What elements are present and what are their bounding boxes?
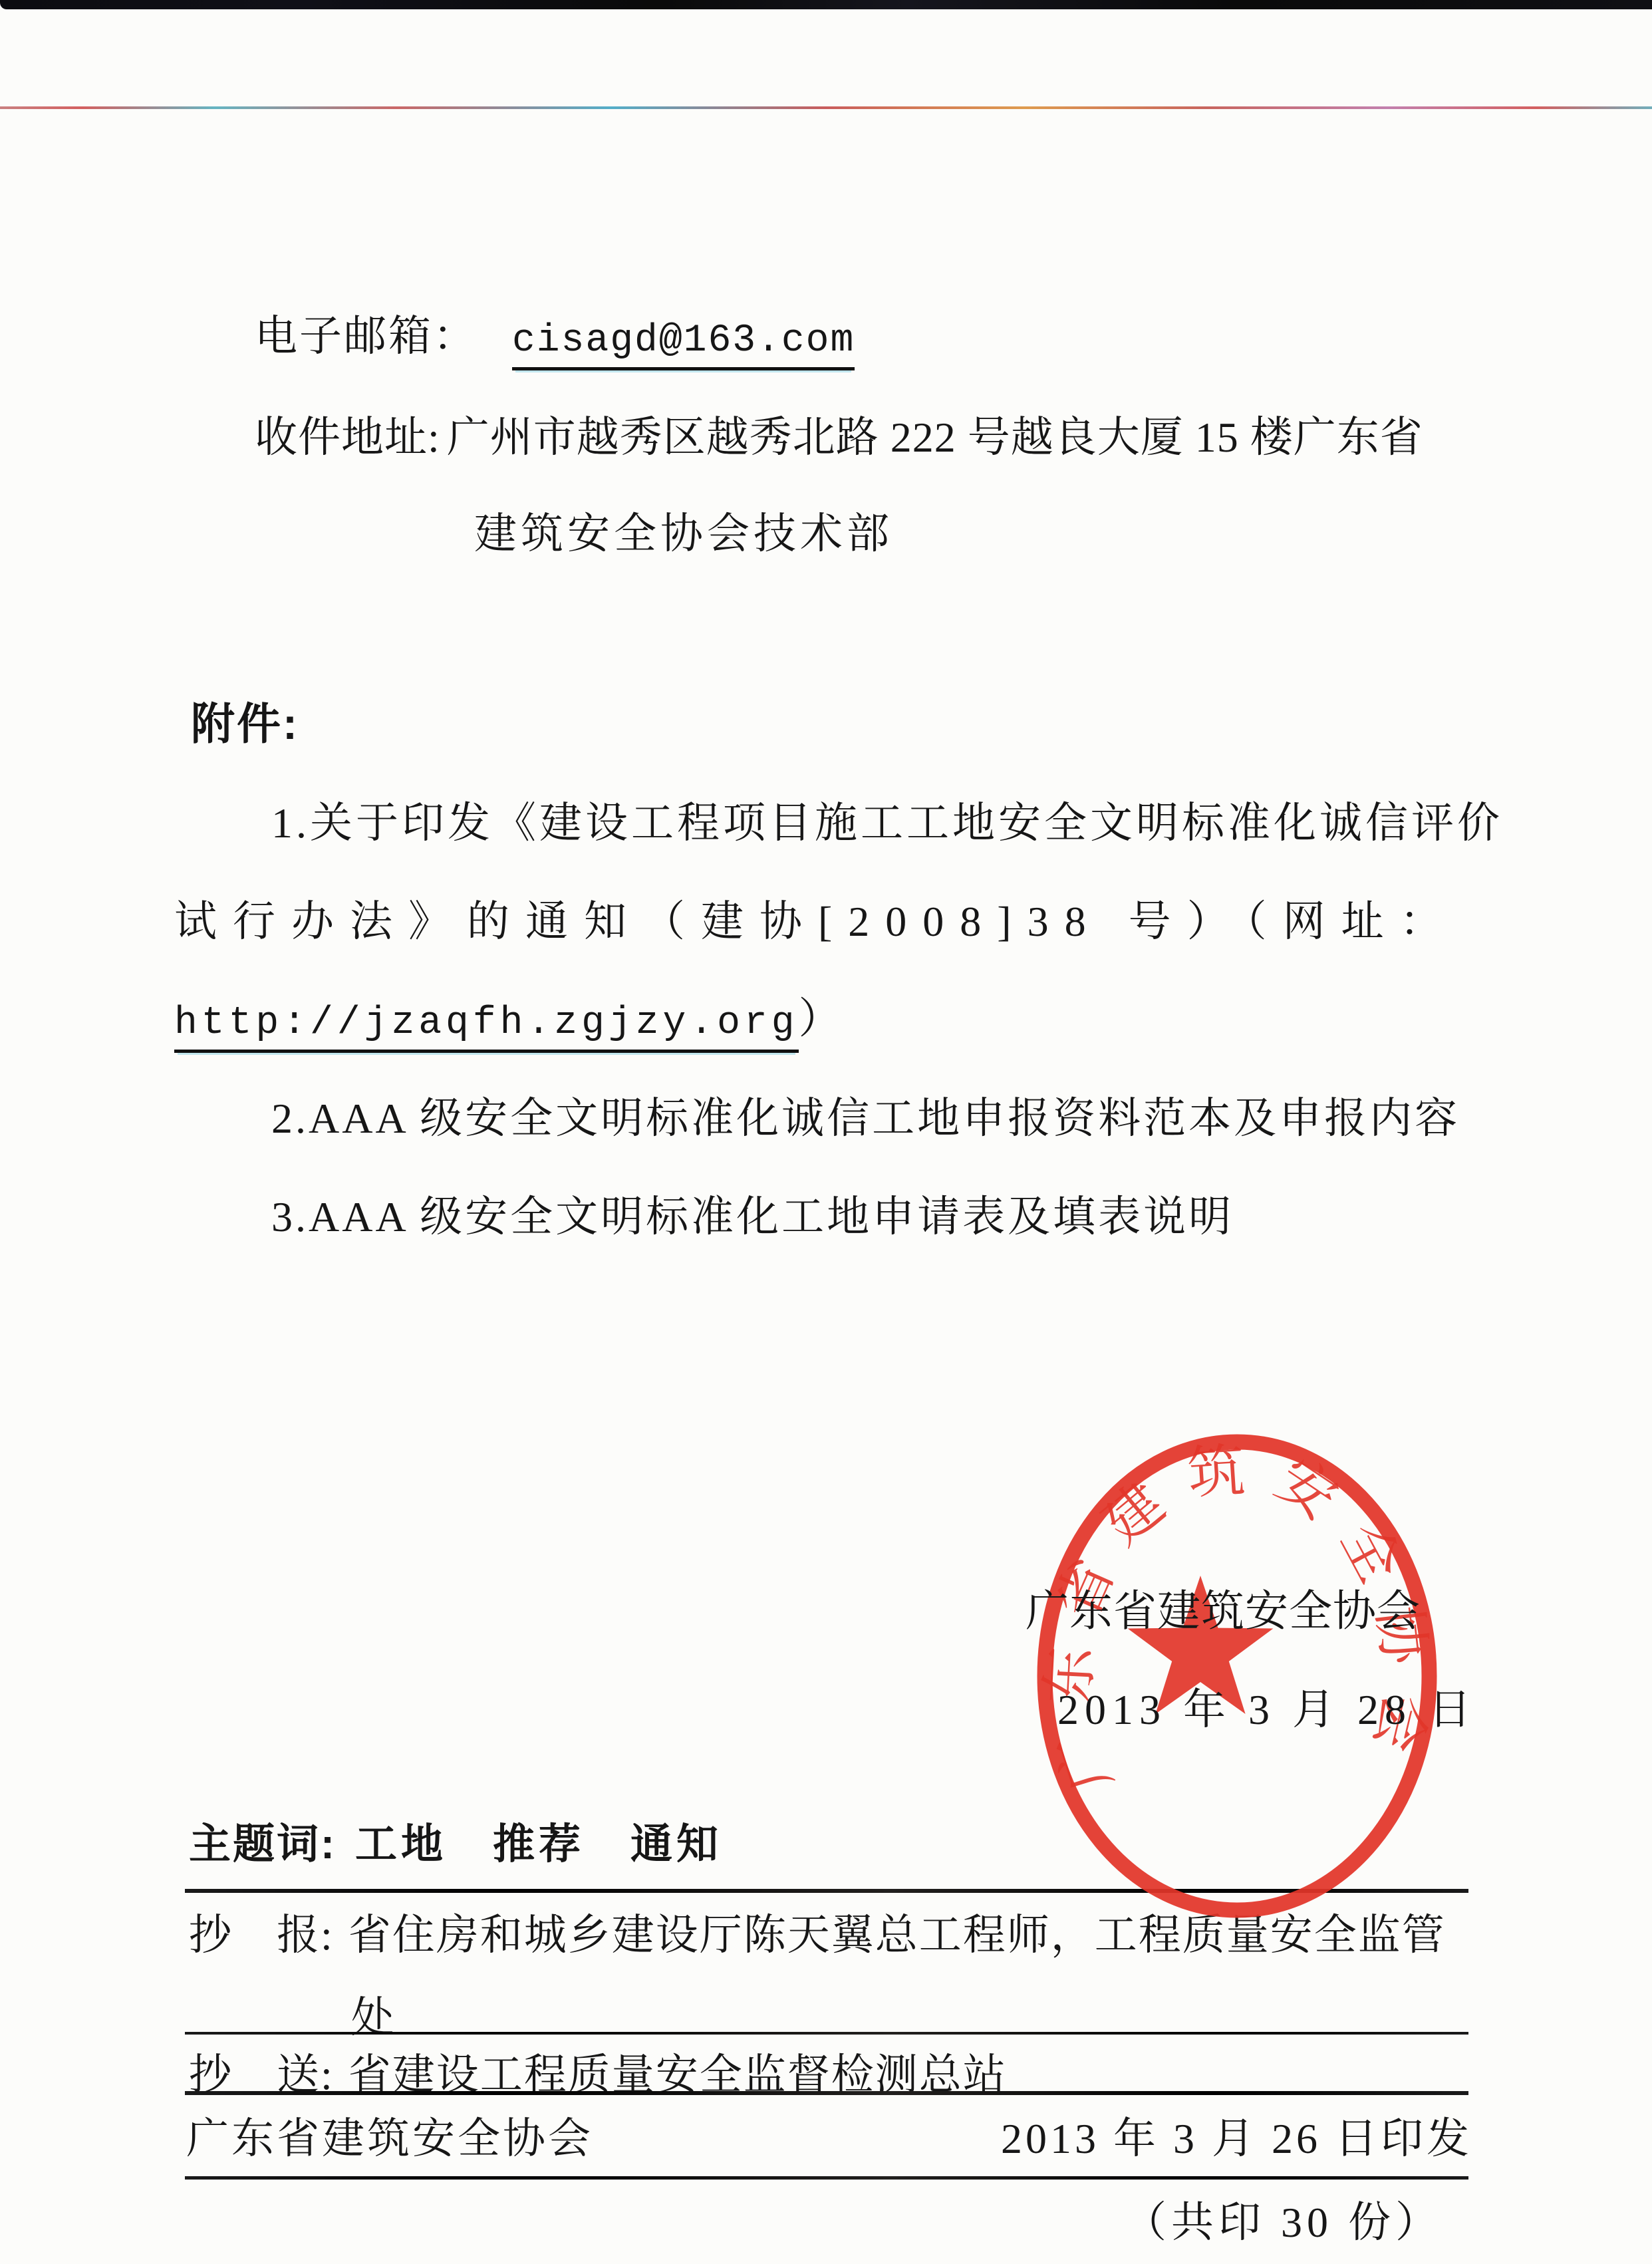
attachment-item-1-line-2: 试行办法》的通知（建协[2008]38 号）（网址： [174,897,1458,947]
attachment-item-2: 2.AAA 级安全文明标准化诚信工地申报资料范本及申报内容 [271,1093,1460,1144]
address-row: 收件地址:广州市越秀区越秀北路 222 号越良大厦 15 楼广东省 [255,412,1423,463]
footer-print-date: 2013 年 3 月 26 日印发 [1001,2114,1472,2164]
scanned-document-page: 电子邮箱：cisagd@163.com 收件地址:广州市越秀区越秀北路 222 … [0,0,1652,2264]
attachment-item-1-url-row: http://jzaqfh.zgjzy.org） [174,994,843,1046]
email-row: 电子邮箱：cisagd@163.com [255,311,855,364]
attachments-heading: 附件: [191,698,299,750]
scan-separator-line [0,106,1652,109]
footer-copies-note: （共印 30 份） [1124,2197,1443,2248]
attachment-item-1-line-1: 1.关于印发《建设工程项目施工工地安全文明标准化诚信评价 [271,798,1503,849]
subject-row: 主题词:工地 推荐 通知 [189,1820,722,1869]
scan-edge-band [0,0,1652,9]
copy-report-text-2: 处 [351,1993,396,2043]
attachment-url-suffix: ） [799,995,843,1042]
attachment-url: http://jzaqfh.zgjzy.org [174,1002,799,1053]
divider-4 [185,2176,1468,2180]
address-line-1: 广州市越秀区越秀北路 222 号越良大厦 15 楼广东省 [447,414,1423,461]
subject-label: 主题词: [189,1821,337,1868]
copy-report-label: 抄 报: [189,1911,334,1959]
signature-date: 2013 年 3 月 28 日 [1057,1685,1477,1735]
address-label: 收件地址: [255,414,440,461]
email-label: 电子邮箱： [255,313,478,360]
divider-3 [185,2091,1468,2095]
footer-issuer: 广东省建筑安全协会 [186,2114,593,2164]
official-seal: 广东省建筑安全协会 [1028,1427,1446,1925]
signature-org: 广东省建筑安全协会 [1026,1586,1421,1637]
address-line-2: 建筑安全协会技术部 [474,509,893,559]
divider-2 [185,2032,1468,2035]
subject-terms: 工地 推荐 通知 [355,1821,722,1868]
email-value: cisagd@163.com [512,319,855,370]
attachment-item-3: 3.AAA 级安全文明标准化工地申请表及填表说明 [271,1192,1234,1242]
